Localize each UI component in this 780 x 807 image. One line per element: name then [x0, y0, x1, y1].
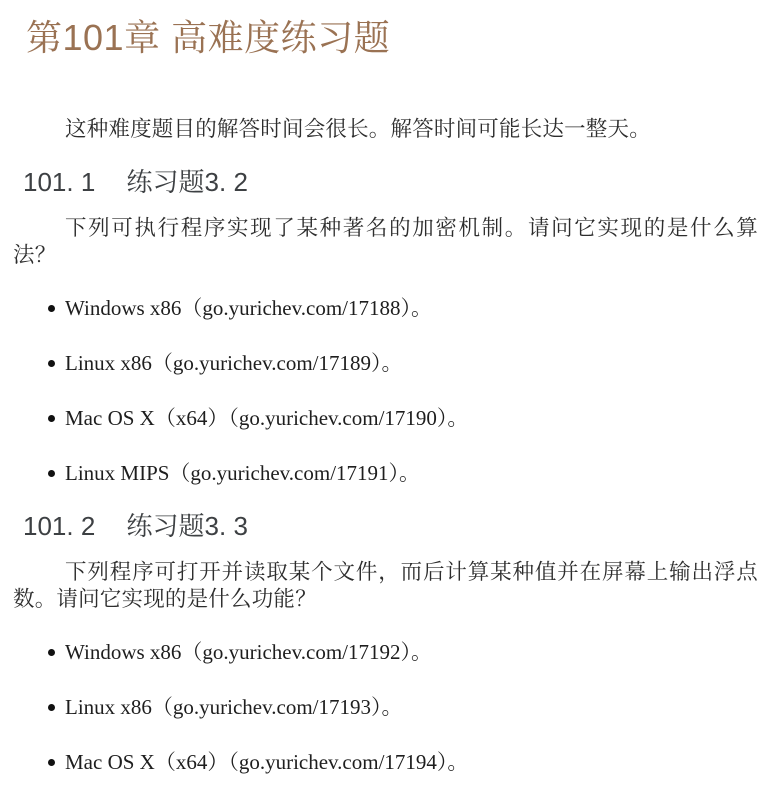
intro-paragraph: 这种难度题目的解答时间会很长。解答时间可能长达一整天。	[13, 116, 758, 143]
section-heading: 101. 1 练习题3. 2	[23, 165, 758, 199]
exercise-item-text: Mac OS X（x64）（go.yurichev.com/17190）。	[65, 406, 468, 430]
section-title: 练习题3. 2	[127, 167, 248, 197]
exercise-list: Windows x86（go.yurichev.com/17188）。 Linu…	[0, 294, 758, 487]
exercise-item-text: Linux x86（go.yurichev.com/17189）。	[65, 351, 403, 375]
bullet-icon	[48, 649, 55, 656]
bullet-icon	[48, 415, 55, 422]
section-number: 101. 2	[23, 511, 95, 541]
bullet-icon	[48, 305, 55, 312]
exercise-item-text: Windows x86（go.yurichev.com/17188）。	[65, 296, 432, 320]
section-description: 下列可执行程序实现了某种著名的加密机制。请问它实现的是什么算法？	[13, 215, 758, 269]
bullet-icon	[48, 704, 55, 711]
exercise-item-text: Mac OS X（x64）（go.yurichev.com/17194）。	[65, 750, 468, 774]
exercise-item: Mac OS X（x64）（go.yurichev.com/17194）。	[0, 748, 758, 776]
exercise-item-text: Linux MIPS（go.yurichev.com/17191）。	[65, 461, 420, 485]
exercise-item: Windows x86（go.yurichev.com/17192）。	[0, 638, 758, 666]
section-number: 101. 1	[23, 167, 95, 197]
exercise-list: Windows x86（go.yurichev.com/17192）。 Linu…	[0, 638, 758, 776]
section-101-2: 101. 2 练习题3. 3 下列程序可打开并读取某个文件，而后计算某种值并在屏…	[0, 509, 780, 776]
bullet-icon	[48, 759, 55, 766]
exercise-item-text: Linux x86（go.yurichev.com/17193）。	[65, 695, 403, 719]
exercise-item-text: Windows x86（go.yurichev.com/17192）。	[65, 640, 432, 664]
bullet-icon	[48, 360, 55, 367]
document-page: 第101章 高难度练习题 这种难度题目的解答时间会很长。解答时间可能长达一整天。…	[0, 0, 780, 807]
bullet-icon	[48, 470, 55, 477]
exercise-item: Linux x86（go.yurichev.com/17193）。	[0, 693, 758, 721]
section-heading: 101. 2 练习题3. 3	[23, 509, 758, 543]
exercise-item: Mac OS X（x64）（go.yurichev.com/17190）。	[0, 404, 758, 432]
section-101-1: 101. 1 练习题3. 2 下列可执行程序实现了某种著名的加密机制。请问它实现…	[0, 165, 780, 487]
exercise-item: Linux MIPS（go.yurichev.com/17191）。	[0, 459, 758, 487]
section-title: 练习题3. 3	[127, 511, 248, 541]
section-description: 下列程序可打开并读取某个文件，而后计算某种值并在屏幕上输出浮点数。请问它实现的是…	[13, 559, 758, 613]
chapter-title: 第101章 高难度练习题	[26, 16, 760, 60]
exercise-item: Windows x86（go.yurichev.com/17188）。	[0, 294, 758, 322]
exercise-item: Linux x86（go.yurichev.com/17189）。	[0, 349, 758, 377]
